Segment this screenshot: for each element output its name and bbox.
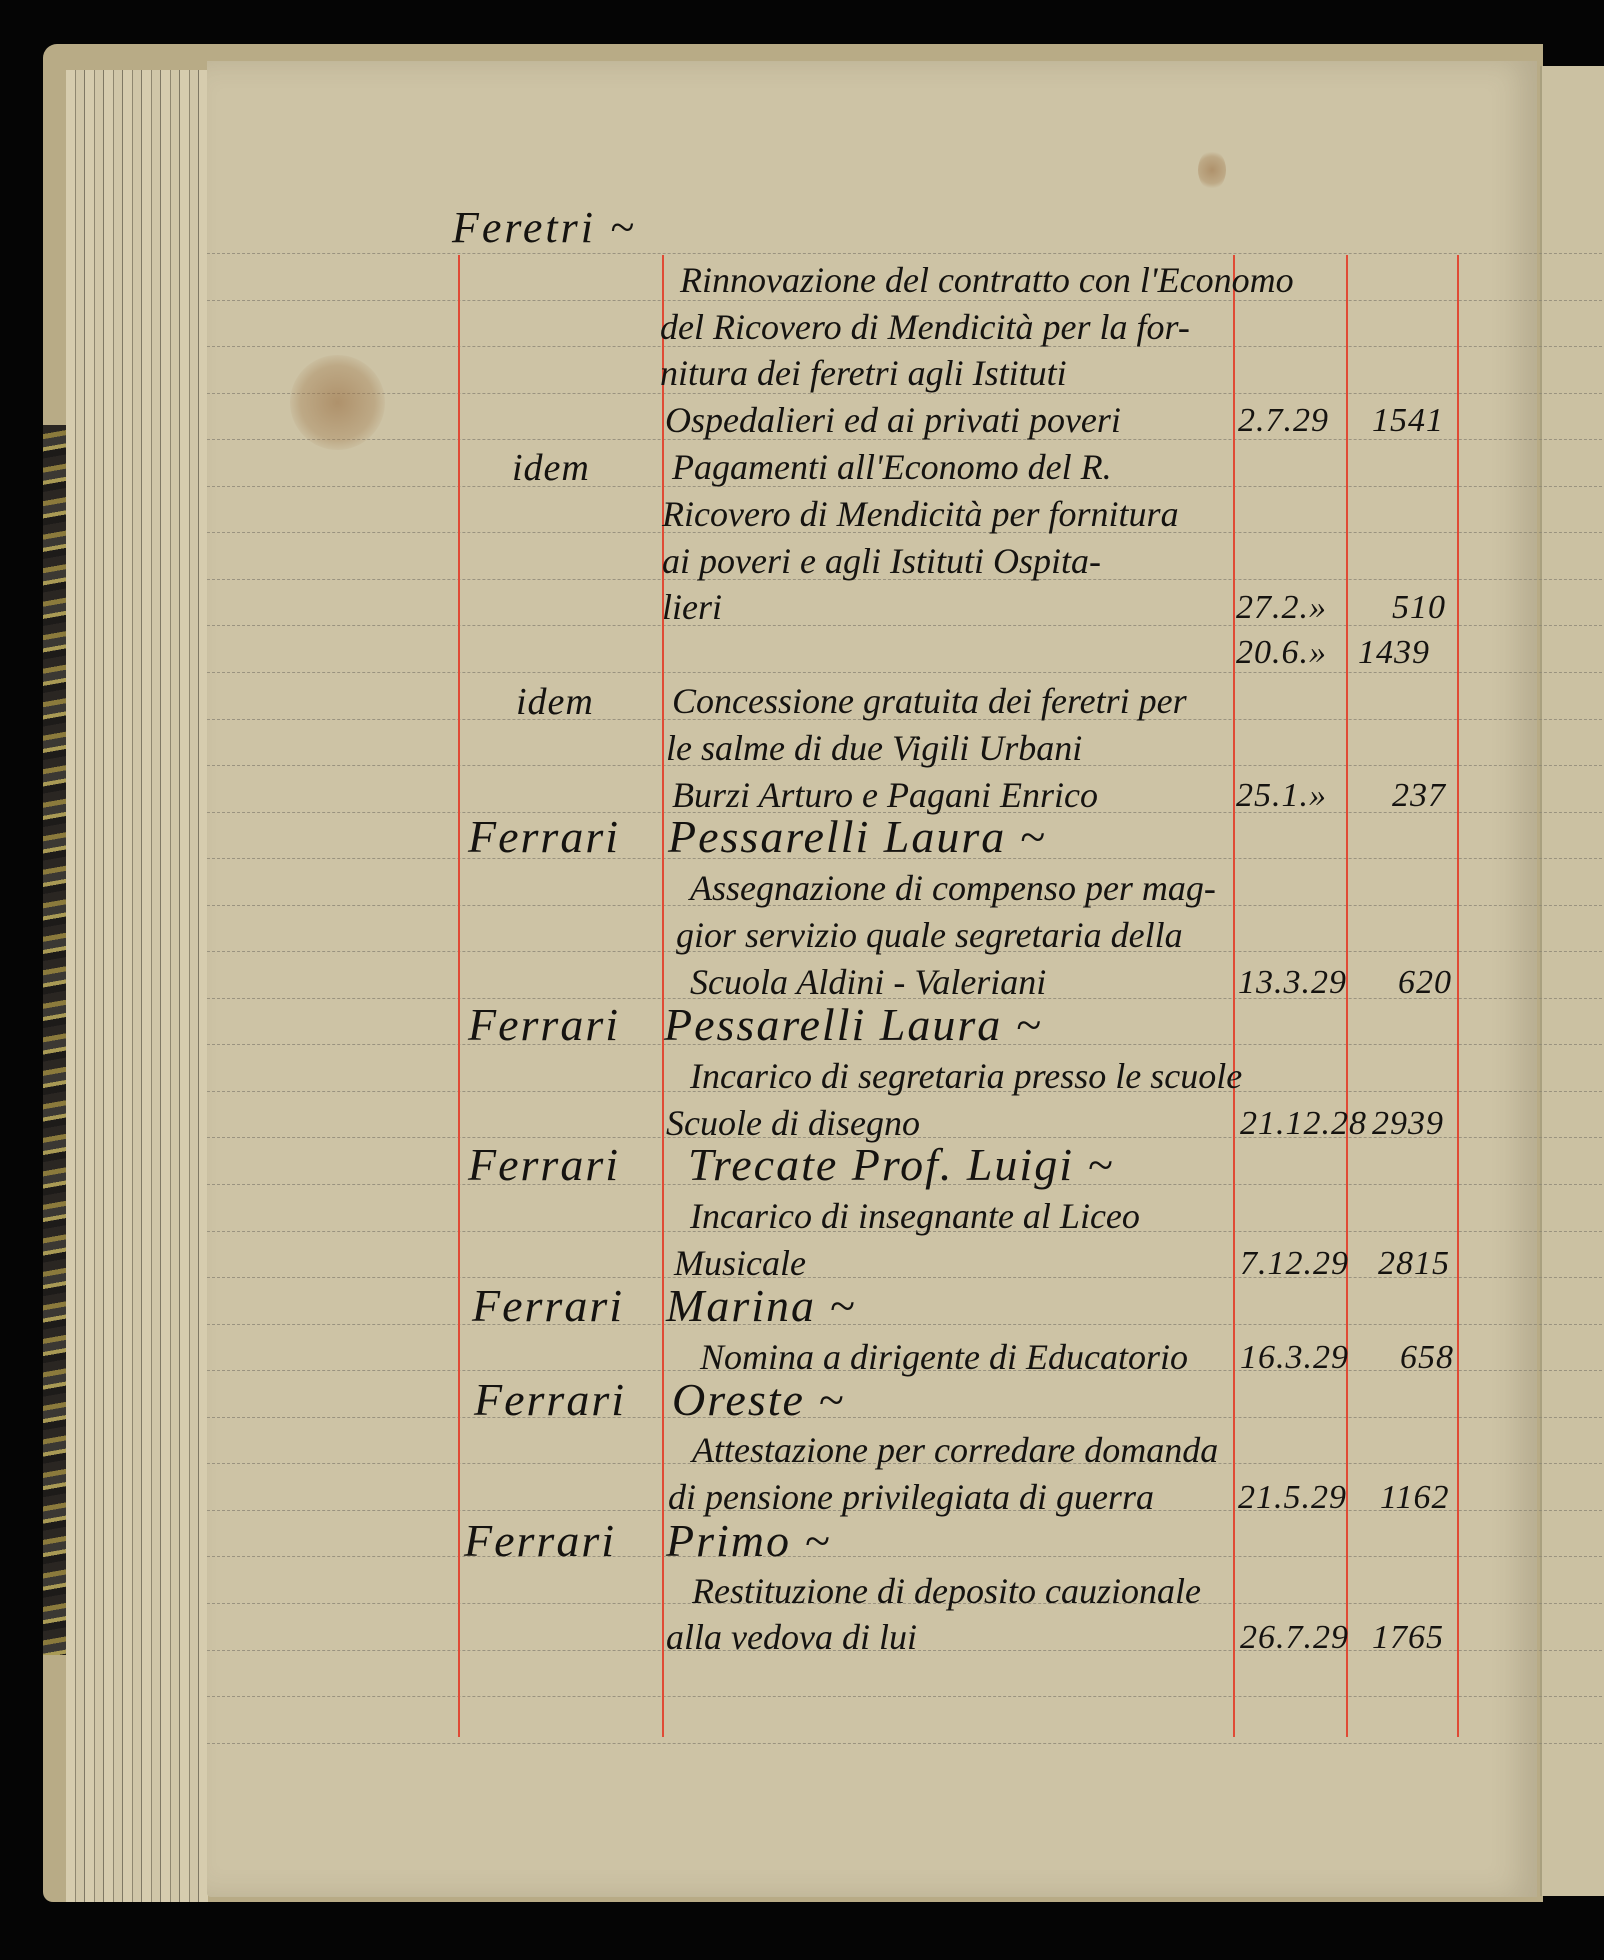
entry-line: Rinnovazione del contratto con l'Economo bbox=[680, 262, 1294, 298]
entry-name: Ferrari bbox=[472, 1283, 624, 1329]
entry-number: 658 bbox=[1400, 1341, 1454, 1375]
entry-date: 13.3.29 bbox=[1238, 966, 1347, 1000]
entry-line: Scuole di disegno bbox=[666, 1105, 920, 1141]
entry-title: Pessarelli Laura ~ bbox=[668, 814, 1047, 860]
entry-line: Incarico di insegnante al Liceo bbox=[690, 1198, 1140, 1234]
entry-line: alla vedova di lui bbox=[666, 1619, 917, 1655]
ink-stain bbox=[290, 355, 385, 450]
entry-line: gior servizio quale segretaria della bbox=[676, 917, 1183, 953]
ruled-line bbox=[207, 1696, 1602, 1697]
entry-name: Ferrari bbox=[468, 1002, 620, 1048]
entry-date: 21.12.28 bbox=[1240, 1107, 1367, 1141]
entry-line: Ricovero di Mendicità per fornitura bbox=[662, 496, 1179, 532]
entry-number: 1162 bbox=[1380, 1481, 1449, 1515]
entry-number: 1541 bbox=[1372, 404, 1444, 438]
ruled-line bbox=[207, 1743, 1602, 1744]
entry-date: 16.3.29 bbox=[1240, 1341, 1349, 1375]
entry-number: 510 bbox=[1392, 591, 1446, 625]
entry-number: 1439 bbox=[1358, 636, 1430, 670]
entry-line: del Ricovero di Mendicità per la for- bbox=[660, 309, 1190, 345]
red-column-rule-date-left bbox=[1233, 255, 1235, 1737]
entry-line: Ospedalieri ed ai privati poveri bbox=[665, 402, 1121, 438]
entry-name: Ferrari bbox=[468, 1142, 620, 1188]
entry-line: Musicale bbox=[674, 1245, 806, 1281]
entry-number: 2815 bbox=[1378, 1247, 1450, 1281]
red-column-rule-number-right bbox=[1457, 255, 1459, 1737]
entry-title: Primo ~ bbox=[666, 1518, 831, 1564]
entry-line: Assegnazione di compenso per mag- bbox=[690, 870, 1216, 906]
ruled-line bbox=[207, 1324, 1602, 1325]
entry-date: 20.6.» bbox=[1236, 636, 1327, 670]
entry-date: 21.5.29 bbox=[1238, 1481, 1347, 1515]
section-heading: Feretri ~ bbox=[452, 206, 637, 250]
entry-number: 2939 bbox=[1372, 1107, 1444, 1141]
ruled-line bbox=[207, 1556, 1602, 1557]
facing-page-edge bbox=[1540, 66, 1604, 1896]
entry-line: Attestazione per corredare domanda bbox=[692, 1432, 1218, 1468]
entry-line: nitura dei feretri agli Istituti bbox=[660, 355, 1067, 391]
entry-date: 26.7.29 bbox=[1240, 1621, 1349, 1655]
entry-date: 7.12.29 bbox=[1240, 1247, 1349, 1281]
red-column-rule-name-left bbox=[458, 255, 460, 1737]
entry-line: Scuola Aldini - Valeriani bbox=[690, 964, 1046, 1000]
ruled-line bbox=[207, 253, 1602, 254]
ruled-line bbox=[207, 1417, 1602, 1418]
entry-line: ai poveri e agli Istituti Ospita- bbox=[662, 543, 1101, 579]
entry-name: Ferrari bbox=[474, 1377, 626, 1423]
entry-line: Concessione gratuita dei feretri per bbox=[672, 683, 1187, 719]
entry-name: idem bbox=[512, 449, 590, 487]
entry-title: Oreste ~ bbox=[672, 1377, 845, 1423]
entry-line: le salme di due Vigili Urbani bbox=[666, 730, 1082, 766]
entry-line: Incarico di segretaria presso le scuole bbox=[690, 1058, 1242, 1094]
entry-number: 620 bbox=[1398, 966, 1452, 1000]
entry-date: 25.1.» bbox=[1236, 779, 1327, 813]
entry-line: Pagamenti all'Economo del R. bbox=[672, 449, 1112, 485]
ruled-line bbox=[207, 672, 1602, 673]
entry-name: Ferrari bbox=[464, 1518, 616, 1564]
page-stack-edges bbox=[66, 70, 208, 1902]
entry-line: Restituzione di deposito cauzionale bbox=[692, 1573, 1201, 1609]
entry-line: lieri bbox=[662, 589, 722, 625]
small-stain bbox=[1198, 150, 1226, 190]
red-column-rule-description-left bbox=[662, 255, 664, 1737]
entry-number: 1765 bbox=[1372, 1621, 1444, 1655]
entry-name: Ferrari bbox=[468, 814, 620, 860]
entry-title: Marina ~ bbox=[666, 1283, 856, 1329]
entry-number: 237 bbox=[1392, 779, 1446, 813]
entry-title: Pessarelli Laura ~ bbox=[664, 1002, 1043, 1048]
entry-line: di pensione privilegiata di guerra bbox=[668, 1479, 1154, 1515]
entry-line: Nomina a dirigente di Educatorio bbox=[700, 1339, 1188, 1375]
entry-line: Burzi Arturo e Pagani Enrico bbox=[672, 777, 1098, 813]
entry-date: 27.2.» bbox=[1236, 591, 1327, 625]
entry-title: Trecate Prof. Luigi ~ bbox=[688, 1142, 1114, 1188]
entry-name: idem bbox=[516, 683, 594, 721]
entry-date: 2.7.29 bbox=[1238, 404, 1329, 438]
